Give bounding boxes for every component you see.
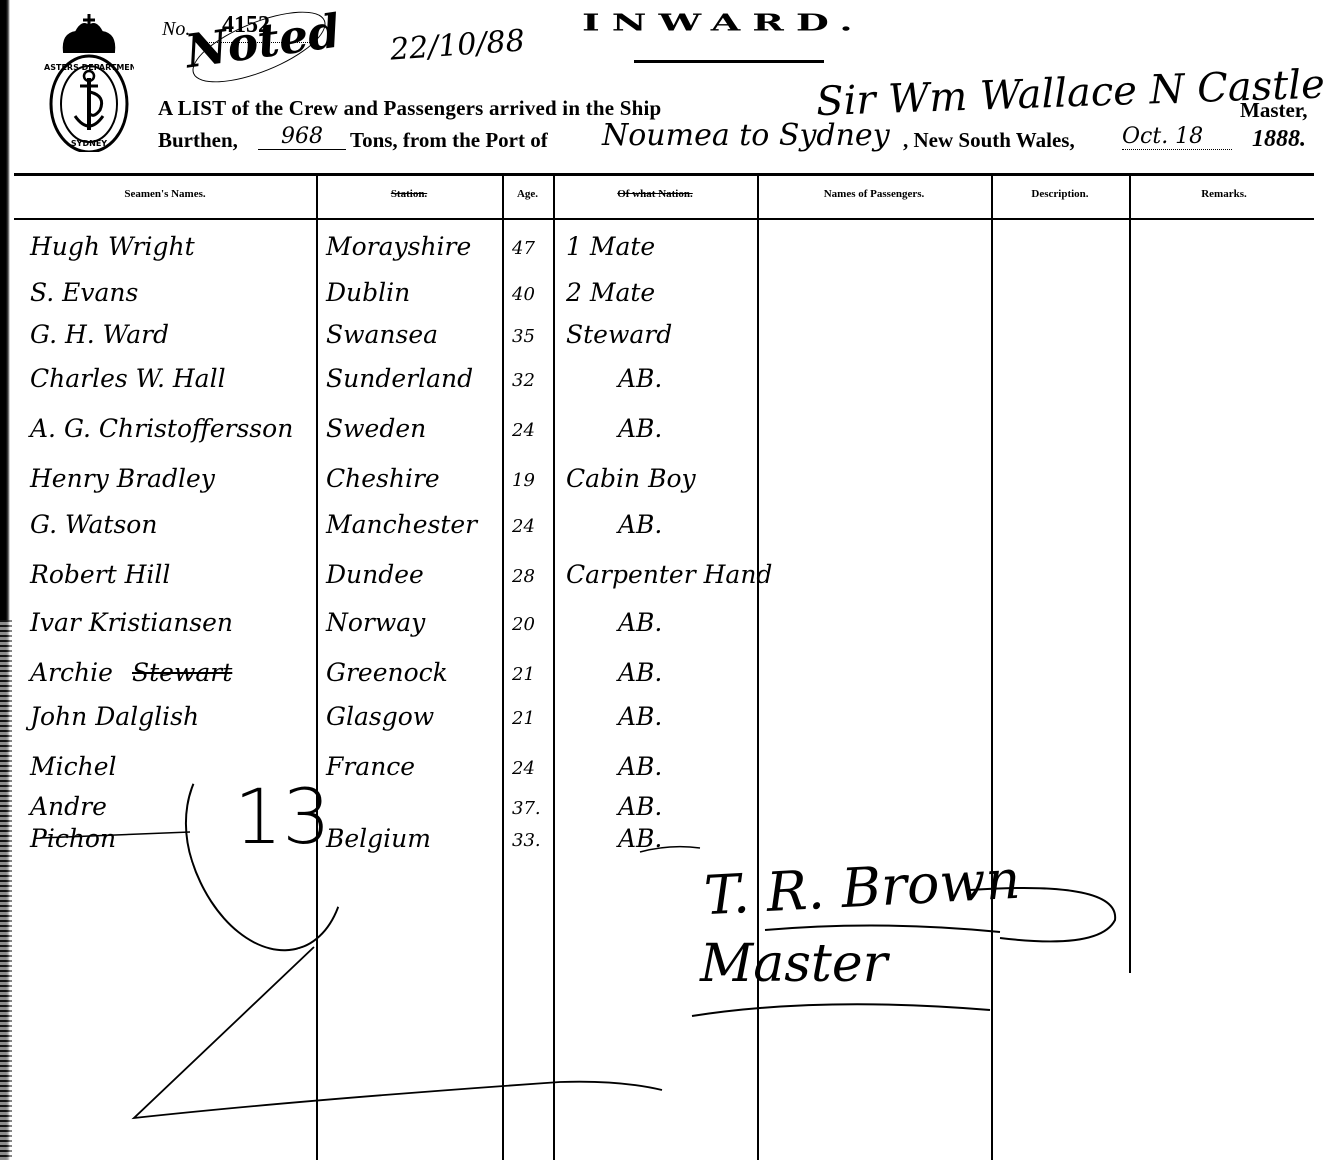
column-divider xyxy=(316,173,318,1160)
seaman-age: 20 xyxy=(512,614,535,635)
crew-total: 13 xyxy=(234,772,331,861)
tons-from-label: Tons, from the Port of xyxy=(350,128,548,153)
seaman-rank: AB. xyxy=(618,792,662,821)
header-nation: Of what Nation. xyxy=(553,188,757,200)
header-seamens-names: Seamen's Names. xyxy=(14,188,316,200)
seaman-age: 19 xyxy=(512,470,535,491)
svg-text:MASTERS DEPARTMENT: MASTERS DEPARTMENT xyxy=(44,63,134,72)
noted-annotation: Noted xyxy=(182,3,343,78)
seaman-station: Swansea xyxy=(326,320,438,349)
seaman-age: 28 xyxy=(512,566,535,587)
seaman-name: Pichon xyxy=(30,824,116,853)
seaman-name: Robert Hill xyxy=(30,560,170,589)
seaman-rank: AB. xyxy=(618,752,662,781)
seaman-age: 47 xyxy=(512,238,535,259)
master-title: Master xyxy=(700,934,887,994)
header-remarks: Remarks. xyxy=(1129,188,1319,200)
seaman-rank: AB. xyxy=(618,608,662,637)
nsw-label: , New South Wales, xyxy=(903,128,1075,153)
seaman-rank: 2 Mate xyxy=(566,278,655,307)
form-title: INWARD. xyxy=(582,8,865,36)
seaman-age: 24 xyxy=(512,516,535,537)
seaman-age: 32 xyxy=(512,370,535,391)
seaman-age: 21 xyxy=(512,708,535,729)
seaman-station: Greenock xyxy=(326,658,448,687)
seaman-rank: 1 Mate xyxy=(566,232,655,261)
seaman-rank: Cabin Boy xyxy=(566,464,696,493)
column-divider xyxy=(1129,173,1131,973)
struck-name: Stewart xyxy=(132,658,232,687)
seaman-name: John Dalglish xyxy=(30,702,199,731)
master-signature: T. R. Brown xyxy=(703,848,1022,927)
seaman-name: G. H. Ward xyxy=(30,320,169,349)
burthen-label: Burthen, xyxy=(158,128,238,153)
column-divider xyxy=(553,173,555,1160)
seaman-name: Hugh Wright xyxy=(30,232,195,261)
seaman-name: A. G. Christoffersson xyxy=(30,414,293,443)
seaman-station: Dundee xyxy=(326,560,424,589)
seaman-rank: AB. xyxy=(618,510,662,539)
seaman-name: Andre xyxy=(30,792,107,821)
header-age: Age. xyxy=(502,188,553,200)
seaman-age: 35 xyxy=(512,326,535,347)
seaman-name: Archie xyxy=(30,658,113,687)
seaman-station: Glasgow xyxy=(326,702,434,731)
seaman-age: 33. xyxy=(512,830,541,851)
seaman-station: Manchester xyxy=(326,510,477,539)
list-heading: A LIST of the Crew and Passengers arrive… xyxy=(158,96,661,121)
seaman-name: G. Watson xyxy=(30,510,157,539)
seaman-rank: AB. xyxy=(618,658,662,687)
seaman-age: 24 xyxy=(512,758,535,779)
seaman-rank: Carpenter Hand xyxy=(566,560,772,589)
seaman-rank: AB. xyxy=(618,414,662,443)
header-station: Station. xyxy=(316,188,502,200)
column-divider xyxy=(991,173,993,1160)
seaman-name: Ivar Kristiansen xyxy=(30,608,233,637)
seaman-rank: AB. xyxy=(618,364,662,393)
port-value: Noumea to Sydney xyxy=(602,118,890,153)
scan-noise xyxy=(0,620,12,1160)
seaman-station: Cheshire xyxy=(326,464,440,493)
column-divider xyxy=(502,173,504,1160)
seaman-rank: AB. xyxy=(618,824,662,853)
arrival-date: Oct. 18 xyxy=(1122,124,1232,150)
burthen-value: 968 xyxy=(258,124,346,150)
seaman-age: 21 xyxy=(512,664,535,685)
seaman-age: 40 xyxy=(512,284,535,305)
seaman-age: 37. xyxy=(512,798,541,819)
header-passengers: Names of Passengers. xyxy=(757,188,991,200)
seaman-station: France xyxy=(326,752,415,781)
svg-text:SYDNEY: SYDNEY xyxy=(71,139,107,148)
seaman-station: Dublin xyxy=(326,278,410,307)
seaman-age: 24 xyxy=(512,420,535,441)
column-divider xyxy=(757,173,759,1160)
header-description: Description. xyxy=(991,188,1129,200)
table-header-rule xyxy=(14,218,1314,220)
title-underline xyxy=(634,60,824,63)
masters-department-crest-icon: MASTERS DEPARTMENT SYDNEY xyxy=(44,12,134,152)
table-top-rule xyxy=(14,173,1314,176)
arrival-year: 1888. xyxy=(1252,126,1306,153)
seaman-rank: AB. xyxy=(618,702,662,731)
seaman-name: S. Evans xyxy=(30,278,138,307)
master-label: Master, xyxy=(1240,98,1307,123)
seaman-name: Henry Bradley xyxy=(30,464,215,493)
seaman-station: Norway xyxy=(326,608,425,637)
seaman-station: Sunderland xyxy=(326,364,473,393)
noted-date: 22/10/88 xyxy=(389,23,526,67)
seaman-rank: Steward xyxy=(566,320,672,349)
seaman-station: Sweden xyxy=(326,414,426,443)
seaman-station: Morayshire xyxy=(326,232,471,261)
seaman-name: Charles W. Hall xyxy=(30,364,226,393)
seaman-name: Michel xyxy=(30,752,117,781)
